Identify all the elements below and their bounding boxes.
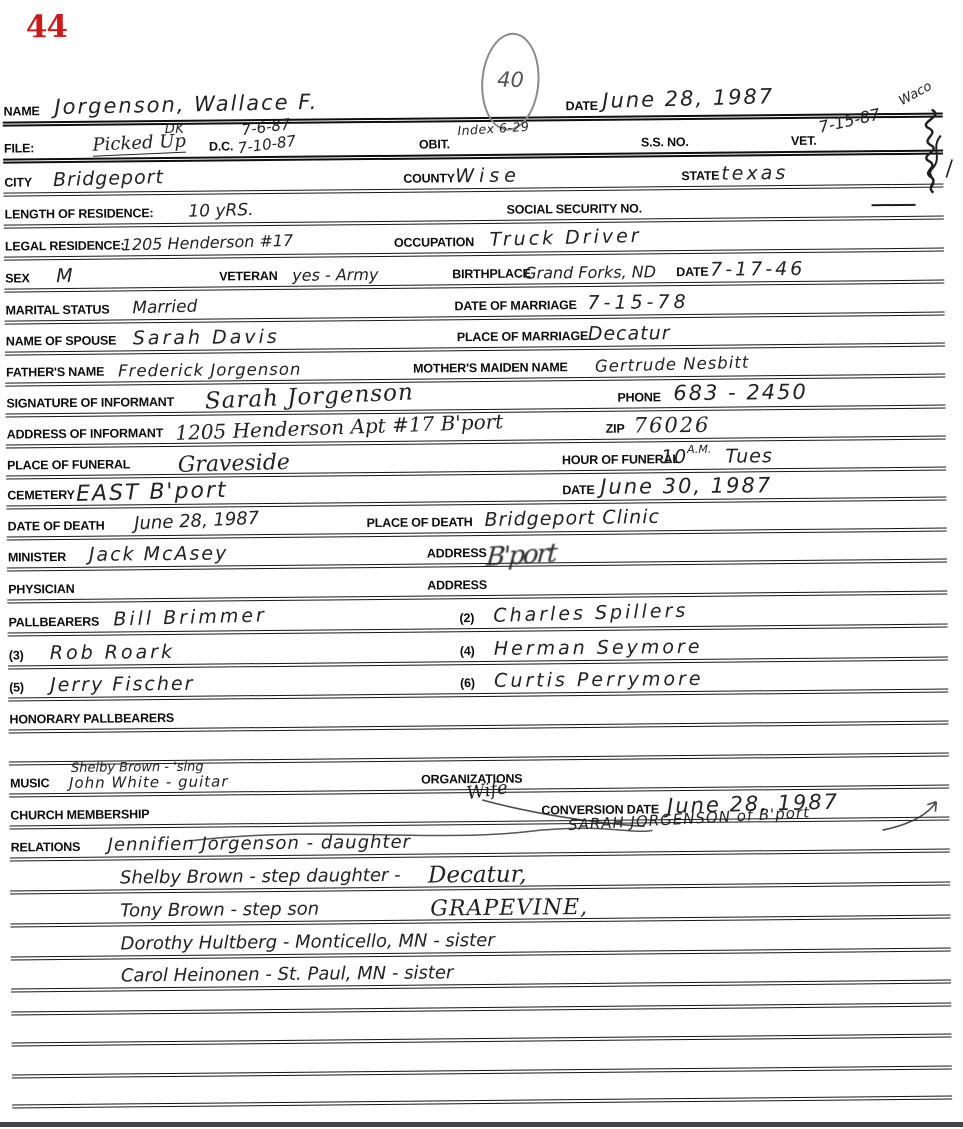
funeral-place-label: PLACE OF FUNERAL [7, 457, 130, 472]
mother-value: Gertrude Nesbitt [595, 353, 750, 376]
informant-address-label: ADDRESS OF INFORMANT [7, 426, 164, 442]
pallbearer-6-number: (6) [460, 676, 475, 690]
residence-label: LENGTH OF RESIDENCE: [5, 206, 154, 221]
ssno-label: S.S. NO. [641, 135, 689, 149]
marriage-date-value: 7-15-78 [587, 291, 689, 314]
cemetery-value: EAST B'port [76, 478, 228, 507]
death-place-label: PLACE OF DEATH [367, 515, 473, 530]
state-value: texas [721, 162, 788, 185]
page-number: 44 [26, 9, 67, 45]
physician-label: PHYSICIAN [8, 582, 74, 597]
name-value: Jorgenson, Wallace F. [54, 90, 318, 119]
birthplace-value: Grand Forks, ND [524, 262, 656, 282]
relation-1: Jennifien Jorgenson - daughter [108, 832, 412, 856]
pallbearer-6: Curtis Perrymore [494, 668, 704, 692]
mother-label: MOTHER'S MAIDEN NAME [413, 360, 568, 375]
phone-value: 683 - 2450 [673, 380, 808, 405]
county-label: COUNTY [403, 171, 455, 185]
pallbearers-label: PALLBEARERS [8, 615, 99, 630]
death-date-value: June 28, 1987 [134, 508, 260, 535]
ssn-label: SOCIAL SECURITY NO. [507, 201, 642, 216]
spouse-label: NAME OF SPOUSE [6, 333, 117, 348]
sex-label: SEX [5, 271, 30, 285]
father-label: FATHER'S NAME [6, 365, 104, 380]
relations-label: RELATIONS [11, 840, 81, 855]
dc-label: D.C. [209, 139, 233, 153]
relation-2: Shelby Brown - step daughter - [120, 865, 401, 889]
marital-value: Married [132, 297, 198, 319]
short-line [872, 204, 916, 206]
birthplace-label: BIRTHPLACE [452, 267, 531, 282]
name-label: NAME [4, 104, 40, 118]
pallbearer-5: Jerry Fischer [50, 673, 195, 696]
obit-label: OBIT. [419, 137, 450, 151]
birth-date-value: 7-17-46 [710, 258, 805, 281]
sex-value: M [56, 265, 74, 287]
birth-date-label: DATE [676, 265, 708, 279]
scan-edge-bar [0, 1122, 963, 1127]
county-value: Wise [455, 165, 521, 188]
veteran-value: yes - Army [292, 265, 378, 285]
scanned-funeral-record-card: 44 NAME Jorgenson, Wallace F. DATE June … [0, 0, 963, 1129]
pallbearer-2: Charles Spillers [493, 600, 689, 627]
file-label: FILE: [4, 141, 34, 155]
honorary-pallbearers-label: HONORARY PALLBEARERS [9, 711, 174, 727]
vet-label: VET. [791, 134, 817, 148]
pallbearer-3-number: (3) [9, 648, 24, 662]
spouse-value: Sarah Davis [133, 326, 280, 349]
pallbearer-1: Bill Brimmer [113, 604, 267, 630]
death-place-value: Bridgeport Clinic [484, 506, 660, 531]
occupation-label: OCCUPATION [394, 235, 474, 250]
marriage-place-value: Decatur [588, 322, 671, 345]
relation-3: Tony Brown - step son [120, 899, 319, 922]
relation-2-place: Decatur, [428, 862, 527, 889]
marriage-date-label: DATE OF MARRIAGE [454, 298, 576, 313]
pallbearer-5-number: (5) [9, 680, 24, 694]
marriage-place-label: PLACE OF MARRIAGE [457, 329, 588, 344]
funeral-hour-value: 10A.M. Tues [661, 442, 773, 468]
marital-label: MARITAL STATUS [5, 303, 109, 318]
father-value: Frederick Jorgenson [118, 360, 301, 381]
minister-address-label: ADDRESS [427, 546, 487, 561]
index-note: Index 6-29 [457, 119, 530, 138]
veteran-label: VETERAN [219, 269, 277, 284]
music-value: John White - guitar [69, 772, 229, 792]
minister-label: MINISTER [8, 550, 66, 565]
physician-address-label: ADDRESS [427, 578, 487, 593]
death-date-label: DATE OF DEATH [8, 519, 105, 534]
legal-residence-label: LEGAL RESIDENCE: [5, 238, 125, 253]
dk-note: DK [165, 122, 185, 137]
pallbearer-2-number: (2) [459, 611, 474, 625]
minister-value: Jack McAsey [89, 542, 229, 565]
music-label: MUSIC [10, 776, 49, 790]
burial-date-value: June 30, 1987 [600, 473, 772, 499]
relation-5: Carol Heinonen - St. Paul, MN - sister [121, 962, 454, 986]
residence-value: 10 yRS. [188, 200, 254, 222]
burial-date-label: DATE [562, 483, 594, 497]
pallbearer-4-number: (4) [460, 644, 475, 658]
occupation-value: Truck Driver [489, 225, 641, 251]
form-sheet: 44 NAME Jorgenson, Wallace F. DATE June … [0, 0, 963, 1129]
informant-signature-label: SIGNATURE OF INFORMANT [6, 395, 174, 411]
date-label: DATE [566, 99, 598, 113]
state-label: STATE [681, 169, 719, 183]
city-value: Bridgeport [53, 166, 164, 191]
zip-label: ZIP [606, 422, 625, 436]
relation-4: Dorothy Hultberg - Monticello, MN - sist… [121, 930, 495, 955]
date-value: June 28, 1987 [602, 84, 775, 113]
pallbearer-4: Herman Seymore [494, 636, 703, 660]
circled-number-value: 40 [497, 67, 524, 92]
city-label: CITY [4, 175, 32, 189]
church-membership-label: CHURCH MEMBERSHIP [10, 807, 149, 822]
legal-residence-value: 1205 Henderson #17 [121, 231, 293, 255]
phone-label: PHONE [617, 390, 661, 404]
zip-value: 76026 [634, 413, 711, 438]
pallbearer-3: Rob Roark [50, 641, 175, 664]
cemetery-label: CEMETERY [7, 488, 75, 503]
